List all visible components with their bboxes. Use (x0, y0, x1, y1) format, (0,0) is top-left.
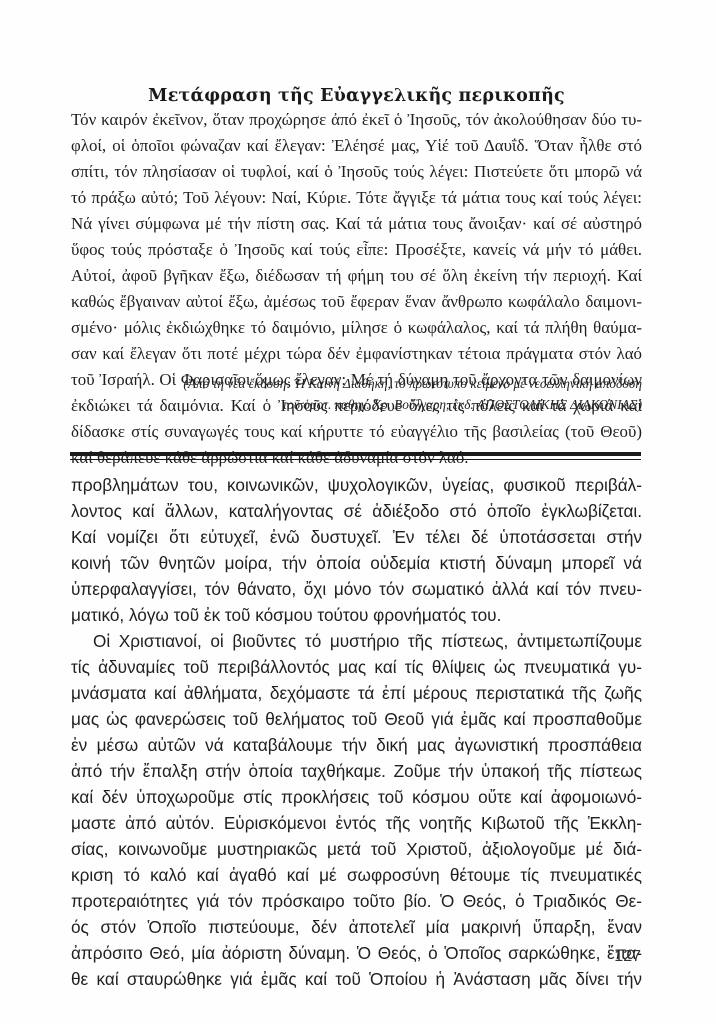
body-line: μαστε ἀπό αὐτόν. Εὑρισκόμενοι ἐντός τῆς … (71, 810, 642, 836)
document-page: Μετάφραση τῆς Εὐαγγελικῆς περικοπῆς Τόν … (0, 0, 716, 1024)
passage-line: τό πράξω αὐτό; Τοῦ λέγουν: Ναί, Κύριε. Τ… (71, 185, 642, 211)
body-line: σίας, κοινωνοῦμε μυστηριακῶς μετά τοῦ Χρ… (71, 836, 642, 862)
body-line: κοινή τῶν θνητῶν μοίρα, τήν ὁποία οὐδεμί… (71, 550, 642, 576)
body-line: μας ὡς φανερώσεις τοῦ θελήματος τοῦ Θεοῦ… (71, 706, 642, 732)
page-number: 127 (614, 948, 641, 966)
body-line: κριση τό καλό καί ἀγαθό καί μέ σωφροσύνη… (71, 862, 642, 888)
section-title: Μετάφραση τῆς Εὐαγγελικῆς περικοπῆς (71, 86, 642, 106)
body-line: ἀπρόσιτο Θεό, μία ἀόριστη δύναμη. Ὁ Θεός… (71, 940, 642, 966)
body-line: ἐν μέσω αὐτῶν νά καταβάλουμε τήν δική μα… (71, 732, 642, 758)
body-line: ἀπό τήν ἔπαλξη στήν ὁποία ταχθήκαμε. Ζοῦ… (71, 758, 642, 784)
body-line: καί δέν ὑποχωροῦμε στίς προκλήσεις τοῦ κ… (71, 784, 642, 810)
passage-line: φλοί, οἱ ὁποῖοι φώναζαν καί ἔλεγαν: Ἐλέη… (71, 133, 642, 159)
body-line: ός στόν Ὁποῖο πιστεύουμε, δέν ἀποτελεῖ μ… (71, 914, 642, 940)
section-divider-thin (70, 459, 641, 460)
body-line: λοντος καί ἄλλων, καταλήγοντας σέ ἀδιέξο… (71, 498, 642, 524)
citation-line: τοῦ ὁμοτ. καθηγ. Χρ. Βούλγαρη, ἐκδ. ΑΠΟΣ… (82, 394, 642, 415)
body-line: ὑπερφαλαγγίσει, τόν θάνατο, ὄχι μόνο τόν… (71, 576, 642, 602)
passage-line: σπίτι, τόν πλησίασαν οἱ τυφλοί, καί ὁ Ἰη… (71, 159, 642, 185)
body-line: ματικό, λόγω τοῦ ἐκ τοῦ κόσμου τούτου φρ… (71, 602, 642, 628)
body-line: Οἱ Χριστιανοί, οἱ βιοῦντες τό μυστήριο τ… (71, 628, 642, 654)
passage-line: σαν καί ἔλεγαν ὅτι ποτέ μέχρι τώρα δέν ἐ… (71, 341, 642, 367)
body-line: μνάσματα καί ἀθλήματα, δεχόμαστε τά ἐπί … (71, 680, 642, 706)
body-line: προβλημάτων του, κοινωνικῶν, ψυχολογικῶν… (71, 472, 642, 498)
body-line: θε καί σταυρώθηκε γιά ἐμᾶς καί τοῦ Ὁποίο… (71, 966, 642, 992)
section-divider-thick (70, 452, 641, 456)
passage-line: Τόν καιρόν ἐκεῖνον, ὅταν προχώρησε ἀπό ἐ… (71, 107, 642, 133)
passage-line: σμένο· μόλις ἐκδιώχθηκε τό δαιμόνιο, μίλ… (71, 315, 642, 341)
passage-line: Νά γίνει σύμφωνα μέ τήν πίστη σας. Καί τ… (71, 211, 642, 237)
passage-line: δίδασκε στίς συναγωγές τους καί κήρυττε … (71, 419, 642, 445)
passage-line: ὕφος τούς πρόσταξε ὁ Ἰησοῦς καί τούς εἶπ… (71, 237, 642, 263)
passage-line: καί θεράπευε κάθε ἀρρώστια καί κάθε ἀδυν… (71, 445, 642, 471)
body-line: προτεραιότητες γιά τόν πρόσκαιρο τοῦτο β… (71, 888, 642, 914)
passage-line: καθώς ἔβγαιναν αὐτοί ἔξω, ἀμέσως τοῦ ἔφε… (71, 289, 642, 315)
citation-line: (Ἀπό τή νέα ἔκδοση: Ἡ Καινή Διαθήκη, τό … (82, 373, 642, 394)
body-line: τίς ἀδυναμίες τοῦ περιβάλλοντός μας καί … (71, 654, 642, 680)
passage-line: Αὐτοί, ἀφοῦ βγῆκαν ἔξω, διέδωσαν τή φήμη… (71, 263, 642, 289)
body-line: Καί νομίζει ὅτι εὐτυχεῖ, ἐνῶ δυστυχεῖ. Ἐ… (71, 524, 642, 550)
